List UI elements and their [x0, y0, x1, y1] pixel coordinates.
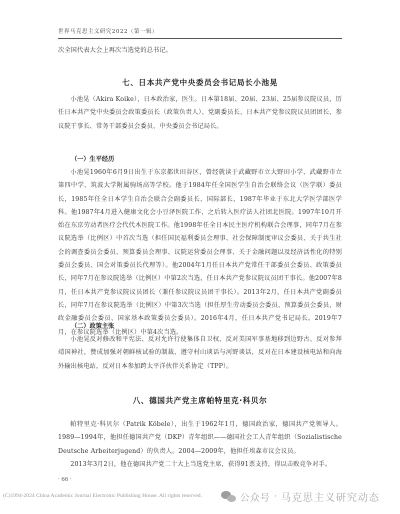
copyright-footer: (C)1994-2024 China Academic Journal Elec… [3, 493, 202, 499]
header-rule [58, 38, 342, 39]
watermark-prefix: 公众号 [240, 490, 270, 504]
section-8-paragraph-2: 2013年3月2日，他在德国共产党二十大上当选党主席，获得91票支持，得以击败竞… [58, 458, 342, 471]
subsection-title-biography: （一）生平经历 [71, 154, 114, 163]
subsection-biography-body: 小池晃1960年6月9日出生于东京都世田谷区，曾经就读于武藏野市立大野田小学、武… [58, 166, 342, 339]
wechat-watermark: 公众号 · 马克思主义研究动态 [221, 489, 380, 504]
page-number: · 66 · [58, 477, 72, 483]
document-page: 世界马克思主义研究2022（第一辑） 次全国代表大会上再次当选党的总书记。 七、… [0, 0, 400, 514]
section-title-7: 七、日本共产党中央委员会书记局长小池晃 [58, 77, 342, 88]
section-8-paragraph-1: 帕特里克·科贝尔（Patrik Köbele），出生于1962年1月，德国政治家… [58, 418, 342, 458]
section-title-8: 八、德国共产党主席帕特里克·科贝尔 [58, 395, 342, 406]
subsection-title-policy: （二）政策主张 [71, 321, 114, 330]
section-7-intro: 小池晃（Akira Koike），日本政治家，医生。日本第18届、20届、23届… [58, 93, 342, 133]
wechat-icon [221, 491, 237, 503]
watermark-separator: · [274, 492, 277, 502]
subsection-policy-body: 小池晃反对修改和平宪法、反对允许行使集体自卫权、反对美国军事基地移到边野古、反对… [58, 333, 342, 373]
running-header: 世界马克思主义研究2022（第一辑） [58, 27, 158, 35]
intro-fragment: 次全国代表大会上再次当选党的总书记。 [58, 44, 342, 57]
watermark-account-name: 马克思主义研究动态 [281, 489, 380, 504]
